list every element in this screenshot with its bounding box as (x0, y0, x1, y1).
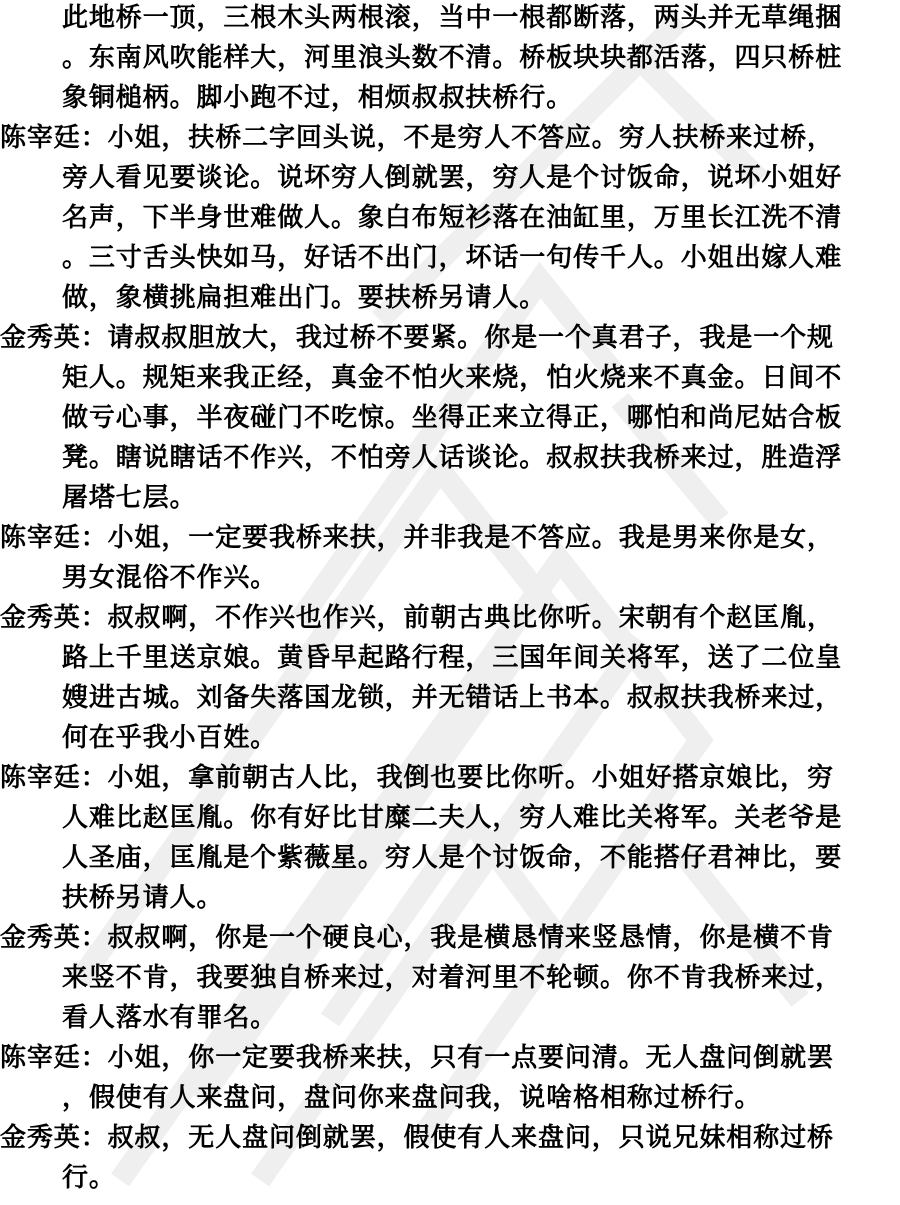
text-line: 人难比赵匡胤。你有好比甘糜二夫人，穷人难比关将军。关老爷是 (62, 798, 842, 838)
text-line: 嫂进古城。刘备失落国龙锁，并无错话上书本。叔叔扶我桥来过， (62, 678, 842, 718)
line-text: 此地桥一顶，三根木头两根滚，当中一根都断落，两头并无草绳捆 (62, 3, 842, 33)
line-text: 象铜槌柄。脚小跑不过，相烦叔叔扶桥行。 (62, 83, 573, 113)
text-line: 矩人。规矩来我正经，真金不怕火来烧，怕火烧来不真金。日间不 (62, 358, 842, 398)
text-line: 陈宰廷：小姐，一定要我桥来扶，并非我是不答应。我是男来你是女， (0, 518, 834, 558)
line-text: 人难比赵匡胤。你有好比甘糜二夫人，穷人难比关将军。关老爷是 (62, 803, 842, 833)
text-line: 陈宰廷：小姐，你一定要我桥来扶，只有一点要问清。无人盘问倒就罢 (0, 1038, 834, 1078)
text-line: 人圣庙，匡胤是个紫薇星。穷人是个讨饭命，不能搭仔君神比，要 (62, 838, 842, 878)
line-text: ，假使有人来盘问，盘问你来盘问我，说啥格相称过桥行。 (62, 1083, 761, 1113)
line-text: 看人落水有罪名。 (62, 1003, 277, 1033)
line-text: 小姐，一定要我桥来扶，并非我是不答应。我是男来你是女， (108, 523, 834, 553)
line-text: 叔叔啊，不作兴也作兴，前朝古典比你听。宋朝有个赵匡胤， (108, 603, 834, 633)
line-text: 何在乎我小百姓。 (62, 723, 277, 753)
line-text: 做亏心事，半夜碰门不吃惊。坐得正来立得正，哪怕和尚尼姑合板 (62, 403, 842, 433)
line-text: 凳。瞎说瞎话不作兴，不怕旁人话谈论。叔叔扶我桥来过，胜造浮 (62, 443, 842, 473)
line-text: 男女混俗不作兴。 (62, 563, 277, 593)
speaker-name: 金秀英： (0, 1123, 108, 1153)
line-text: 小姐，扶桥二字回头说，不是穷人不答应。穷人扶桥来过桥， (108, 123, 834, 153)
line-text: 扶桥另请人。 (62, 883, 223, 913)
line-text: 名声，下半身世难做人。象白布短衫落在油缸里，万里长江洗不清 (62, 203, 842, 233)
text-line: 屠塔七层。 (62, 478, 197, 518)
text-line: 。东南风吹能样大，河里浪头数不清。桥板块块都活落，四只桥桩 (62, 38, 842, 78)
text-line: 此地桥一顶，三根木头两根滚，当中一根都断落，两头并无草绳捆 (62, 0, 842, 38)
line-text: 小姐，你一定要我桥来扶，只有一点要问清。无人盘问倒就罢 (108, 1043, 834, 1073)
text-line: 象铜槌柄。脚小跑不过，相烦叔叔扶桥行。 (62, 78, 573, 118)
text-line: 行。 (62, 1158, 116, 1198)
line-text: 路上千里送京娘。黄昏早起路行程，三国年间关将军，送了二位皇 (62, 643, 842, 673)
line-text: 行。 (62, 1163, 116, 1193)
line-text: 旁人看见要谈论。说坏穷人倒就罢，穷人是个讨饭命，说坏小姐好 (62, 163, 842, 193)
line-text: 。三寸舌头快如马，好话不出门，坏话一句传千人。小姐出嫁人难 (62, 243, 842, 273)
text-line: 扶桥另请人。 (62, 878, 223, 918)
speaker-name: 金秀英： (0, 923, 108, 953)
text-line: 。三寸舌头快如马，好话不出门，坏话一句传千人。小姐出嫁人难 (62, 238, 842, 278)
text-line: 陈宰廷：小姐，拿前朝古人比，我倒也要比你听。小姐好搭京娘比，穷 (0, 758, 834, 798)
text-line: 做，象横挑扁担难出门。要扶桥另请人。 (62, 278, 546, 318)
speaker-name: 陈宰廷： (0, 523, 108, 553)
line-text: 来竖不肯，我要独自桥来过，对着河里不轮顿。你不肯我桥来过， (62, 963, 842, 993)
text-line: ，假使有人来盘问，盘问你来盘问我，说啥格相称过桥行。 (62, 1078, 761, 1118)
text-line: 路上千里送京娘。黄昏早起路行程，三国年间关将军，送了二位皇 (62, 638, 842, 678)
speaker-name: 陈宰廷： (0, 1043, 108, 1073)
line-text: 。东南风吹能样大，河里浪头数不清。桥板块块都活落，四只桥桩 (62, 43, 842, 73)
speaker-name: 陈宰廷： (0, 763, 108, 793)
line-text: 做，象横挑扁担难出门。要扶桥另请人。 (62, 283, 546, 313)
text-line: 金秀英：叔叔啊，你是一个硬良心，我是横恳情来竖恳情，你是横不肯 (0, 918, 834, 958)
text-line: 名声，下半身世难做人。象白布短衫落在油缸里，万里长江洗不清 (62, 198, 842, 238)
speaker-name: 金秀英： (0, 603, 108, 633)
line-text: 叔叔，无人盘问倒就罢，假使有人来盘问，只说兄妹相称过桥 (108, 1123, 834, 1153)
text-line: 男女混俗不作兴。 (62, 558, 277, 598)
line-text: 屠塔七层。 (62, 483, 197, 513)
text-line: 来竖不肯，我要独自桥来过，对着河里不轮顿。你不肯我桥来过， (62, 958, 842, 998)
line-text: 矩人。规矩来我正经，真金不怕火来烧，怕火烧来不真金。日间不 (62, 363, 842, 393)
speaker-name: 陈宰廷： (0, 123, 108, 153)
speaker-name: 金秀英： (0, 323, 108, 353)
line-text: 请叔叔胆放大，我过桥不要紧。你是一个真君子，我是一个规 (108, 323, 834, 353)
text-line: 金秀英：请叔叔胆放大，我过桥不要紧。你是一个真君子，我是一个规 (0, 318, 834, 358)
text-line: 看人落水有罪名。 (62, 998, 277, 1038)
text-line: 金秀英：叔叔，无人盘问倒就罢，假使有人来盘问，只说兄妹相称过桥 (0, 1118, 834, 1158)
text-line: 凳。瞎说瞎话不作兴，不怕旁人话谈论。叔叔扶我桥来过，胜造浮 (62, 438, 842, 478)
line-text: 小姐，拿前朝古人比，我倒也要比你听。小姐好搭京娘比，穷 (108, 763, 834, 793)
text-line: 做亏心事，半夜碰门不吃惊。坐得正来立得正，哪怕和尚尼姑合板 (62, 398, 842, 438)
text-line: 何在乎我小百姓。 (62, 718, 277, 758)
line-text: 嫂进古城。刘备失落国龙锁，并无错话上书本。叔叔扶我桥来过， (62, 683, 842, 713)
line-text: 叔叔啊，你是一个硬良心，我是横恳情来竖恳情，你是横不肯 (108, 923, 834, 953)
text-line: 金秀英：叔叔啊，不作兴也作兴，前朝古典比你听。宋朝有个赵匡胤， (0, 598, 834, 638)
text-line: 陈宰廷：小姐，扶桥二字回头说，不是穷人不答应。穷人扶桥来过桥， (0, 118, 834, 158)
text-line: 旁人看见要谈论。说坏穷人倒就罢，穷人是个讨饭命，说坏小姐好 (62, 158, 842, 198)
line-text: 人圣庙，匡胤是个紫薇星。穷人是个讨饭命，不能搭仔君神比，要 (62, 843, 842, 873)
